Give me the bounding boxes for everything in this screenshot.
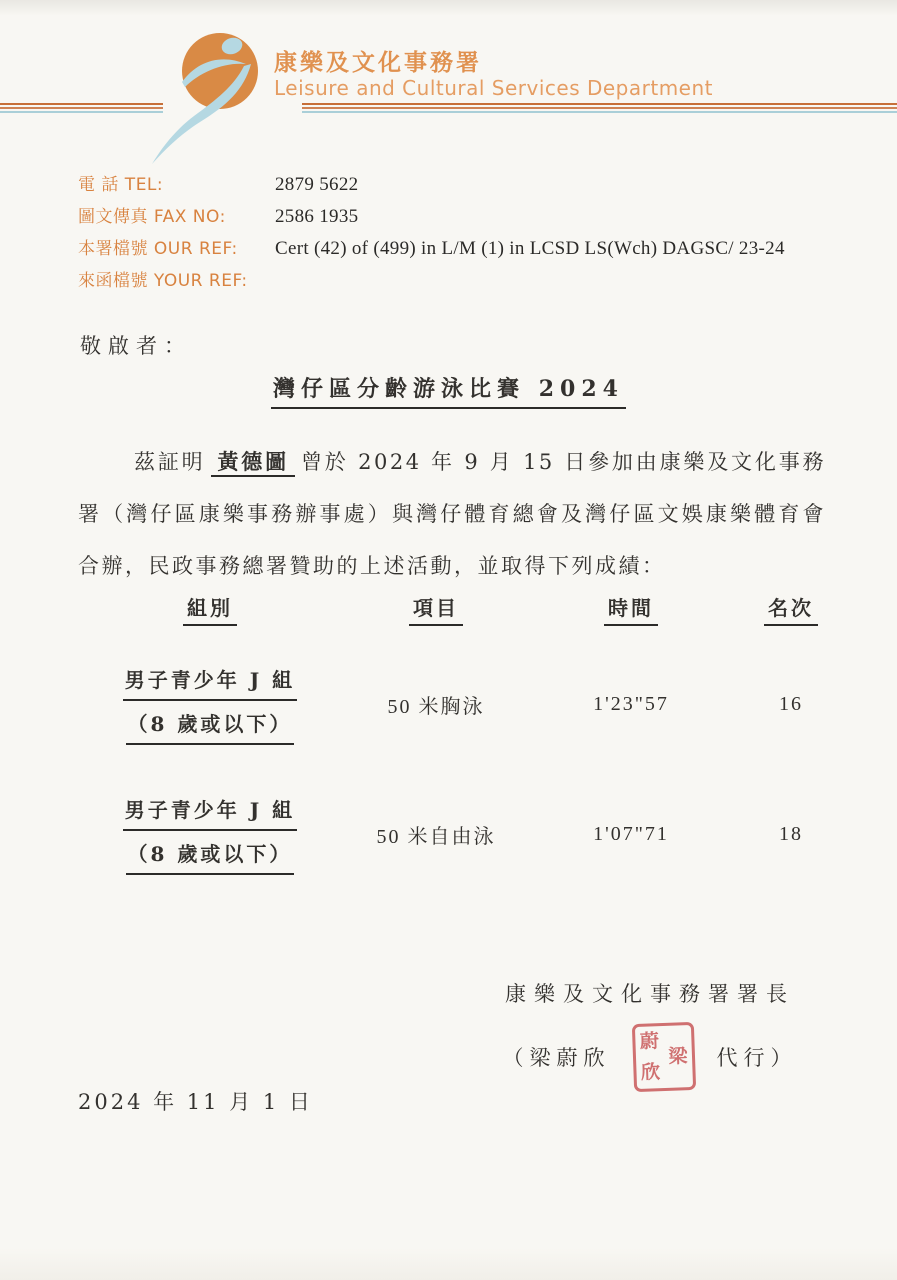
contact-block: 電 話 TEL: 2879 5622 圖文傳真 FAX NO: 2586 193… bbox=[78, 170, 858, 298]
dept-name-en: Leisure and Cultural Services Department bbox=[274, 76, 713, 100]
our-ref-value: Cert (42) of (499) in L/M (1) in LCSD LS… bbox=[275, 238, 785, 260]
fax-value: 2586 1935 bbox=[275, 206, 358, 228]
group-line-1: 男子青少年 J 組 bbox=[123, 663, 297, 701]
table-row-1-event: 50 米胸泳 bbox=[336, 652, 536, 756]
salutation: 敬啟者： bbox=[80, 330, 192, 360]
table-row-2-group: 男子青少年 J 組 （8 歲或以下） bbox=[84, 782, 336, 886]
row-spacer bbox=[84, 756, 856, 782]
table-row-1-rank: 16 bbox=[726, 652, 856, 756]
contact-row-our-ref: 本署檔號 OUR REF: Cert (42) of (499) in L/M … bbox=[78, 234, 858, 266]
table-row-2-rank: 18 bbox=[726, 782, 856, 886]
results-table: 組別 項目 時間 名次 男子青少年 J 組 （8 歲或以下） 50 米胸泳 1'… bbox=[84, 592, 856, 886]
contact-row-fax: 圖文傳真 FAX NO: 2586 1935 bbox=[78, 202, 858, 234]
header-rule-left bbox=[0, 103, 163, 114]
table-row-2-event: 50 米自由泳 bbox=[336, 782, 536, 886]
signature-line: （梁蔚欣 梁 蔚 欣 代行） bbox=[455, 1016, 845, 1098]
group-line-2: （8 歲或以下） bbox=[126, 837, 295, 875]
group-line-1: 男子青少年 J 組 bbox=[123, 793, 297, 831]
group-line-2: （8 歲或以下） bbox=[126, 707, 295, 745]
our-ref-label: 本署檔號 OUR REF: bbox=[78, 234, 275, 259]
dept-name-zh: 康樂及文化事務署 bbox=[274, 44, 482, 77]
table-row-2-time: 1'07"71 bbox=[536, 782, 726, 886]
participant-name: 黃德圖 bbox=[211, 449, 294, 477]
table-row-1-time: 1'23"57 bbox=[536, 652, 726, 756]
signatory-name: （梁蔚欣 bbox=[503, 1042, 611, 1072]
fax-label: 圖文傳真 FAX NO: bbox=[78, 202, 275, 227]
lcsd-logo-icon bbox=[148, 24, 288, 176]
body-prefix: 茲証明 bbox=[134, 450, 205, 474]
header-rule-right bbox=[302, 103, 897, 114]
certificate-letter-page: 康樂及文化事務署 Leisure and Cultural Services D… bbox=[0, 0, 897, 1280]
tel-label: 電 話 TEL: bbox=[78, 170, 275, 195]
col-header-time: 時間 bbox=[536, 592, 726, 652]
tel-value: 2879 5622 bbox=[275, 174, 358, 196]
page-title: 灣仔區分齡游泳比賽 2024 bbox=[271, 372, 626, 409]
letter-date: 2024 年 11 月 1 日 bbox=[78, 1086, 313, 1116]
col-header-rank: 名次 bbox=[726, 592, 856, 652]
col-header-event: 項目 bbox=[336, 592, 536, 652]
contact-row-your-ref: 來函檔號 YOUR REF: bbox=[78, 266, 858, 298]
contact-row-tel: 電 話 TEL: 2879 5622 bbox=[78, 170, 858, 202]
certificate-body: 茲証明黃德圖曾於 2024 年 9 月 15 日參加由康樂及文化事務署（灣仔區康… bbox=[78, 436, 826, 592]
signatory-title: 康樂及文化事務署署長 bbox=[470, 978, 830, 1008]
acting-for-text: 代行） bbox=[717, 1042, 798, 1072]
your-ref-label: 來函檔號 YOUR REF: bbox=[78, 266, 275, 291]
col-header-group: 組別 bbox=[84, 592, 336, 652]
table-row-1-group: 男子青少年 J 組 （8 歲或以下） bbox=[84, 652, 336, 756]
name-seal-stamp-icon: 梁 蔚 欣 bbox=[631, 1022, 695, 1092]
title-row: 灣仔區分齡游泳比賽 2024 bbox=[0, 372, 897, 409]
